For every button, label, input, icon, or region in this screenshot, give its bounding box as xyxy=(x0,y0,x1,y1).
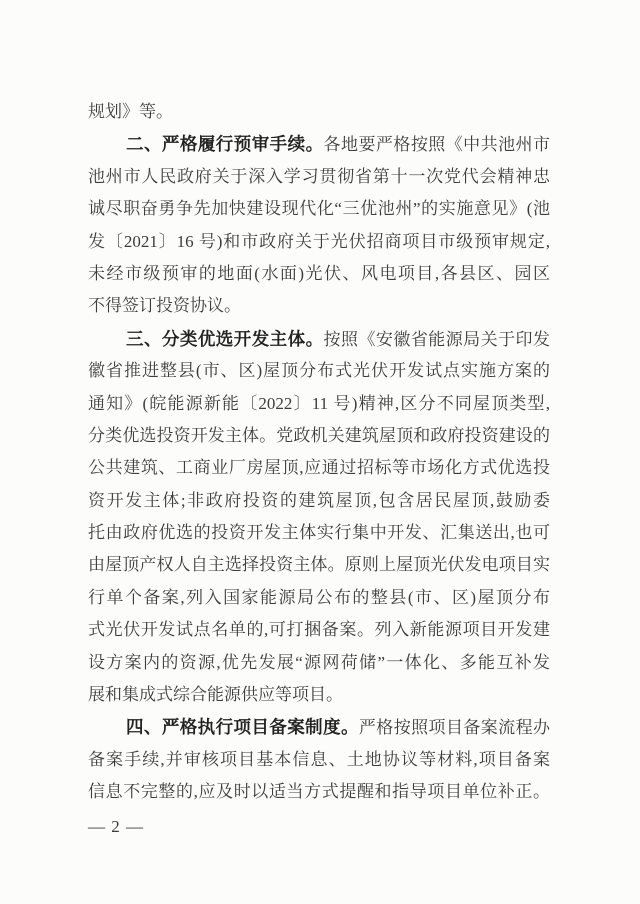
body-run: 资开发主体;非政府投资的建筑屋顶,包含居民屋顶,鼓励委 xyxy=(88,491,550,510)
body-run: 池州市人民政府关于深入学习贯彻省第十一次党代会精神忠 xyxy=(88,167,550,186)
body-run: 未经市级预审的地面(水面)光伏、风电项目,各县区、园区 xyxy=(88,264,550,283)
body-run: 备案手续,并审核项目基本信息、土地协议等材料,项目备案 xyxy=(88,750,550,769)
text-line: 发〔2021〕16 号)和市政府关于光伏招商项目市级预审规定, xyxy=(88,226,550,258)
text-line: 池州市人民政府关于深入学习贯彻省第十一次党代会精神忠 xyxy=(88,161,550,193)
text-line: 规划》等。 xyxy=(88,96,550,128)
body-run: 诚尽职奋勇争先加快建设现代化“三优池州”的实施意见》(池 xyxy=(88,199,550,218)
section-heading: 三、分类优选开发主体。 xyxy=(126,329,324,349)
body-run: 通知》(皖能源新能〔2022〕11 号)精神,区分不同屋顶类型, xyxy=(88,394,550,413)
section-heading: 四、严格执行项目备案制度。 xyxy=(126,717,359,737)
text-line: 由屋顶产权人自主选择投资主体。原则上屋顶光伏发电项目实 xyxy=(88,549,550,581)
body-run: 式光伏开发试点名单的,可打捆备案。列入新能源项目开发建 xyxy=(88,620,550,639)
text-line: 公共建筑、工商业厂房屋顶,应通过招标等市场化方式优选投 xyxy=(88,452,550,484)
body-run: 徽省推进整县(市、区)屋顶分布式光伏开发试点实施方案的 xyxy=(88,361,550,380)
text-line: 展和集成式综合能源供应等项目。 xyxy=(88,679,550,711)
text-line: 徽省推进整县(市、区)屋顶分布式光伏开发试点实施方案的 xyxy=(88,355,550,387)
text-line: 通知》(皖能源新能〔2022〕11 号)精神,区分不同屋顶类型, xyxy=(88,388,550,420)
text-line: 资开发主体;非政府投资的建筑屋顶,包含居民屋顶,鼓励委 xyxy=(88,485,550,517)
document-page: 规划》等。 二、严格履行预审手续。各地要严格按照《中共池州市委 池州市人民政府关… xyxy=(0,0,640,904)
text-line: 未经市级预审的地面(水面)光伏、风电项目,各县区、园区 xyxy=(88,258,550,290)
body-run: 公共建筑、工商业厂房屋顶,应通过招标等市场化方式优选投 xyxy=(88,458,550,477)
body-run: 分类优选投资开发主体。党政机关建筑屋顶和政府投资建设的 xyxy=(88,426,550,445)
text-line: 信息不完整的,应及时以适当方式提醒和指导项目单位补正。 xyxy=(88,776,550,808)
body-run: 托由政府优选的投资开发主体实行集中开发、汇集送出,也可 xyxy=(88,523,550,542)
body-run: 设方案内的资源,优先发展“源网荷储”一体化、多能互补发 xyxy=(88,653,550,672)
body-run: 规划》等。 xyxy=(88,102,173,121)
body-run: 展和集成式综合能源供应等项目。 xyxy=(88,685,343,704)
text-line: 设方案内的资源,优先发展“源网荷储”一体化、多能互补发 xyxy=(88,647,550,679)
text-line: 诚尽职奋勇争先加快建设现代化“三优池州”的实施意见》(池 xyxy=(88,193,550,225)
body-run: 行单个备案,列入国家能源局公布的整县(市、区)屋顶分布 xyxy=(88,588,550,607)
section-heading: 二、严格履行预审手续。 xyxy=(126,134,324,154)
body-run: 不得签订投资协议。 xyxy=(88,296,241,315)
body-run: 由屋顶产权人自主选择投资主体。原则上屋顶光伏发电项目实 xyxy=(88,555,550,574)
text-line: 不得签订投资协议。 xyxy=(88,290,550,322)
text-line: 二、严格履行预审手续。各地要严格按照《中共池州市委 xyxy=(88,128,550,160)
page-number: — 2 — xyxy=(88,816,144,838)
text-line: 行单个备案,列入国家能源局公布的整县(市、区)屋顶分布 xyxy=(88,582,550,614)
text-line: 托由政府优选的投资开发主体实行集中开发、汇集送出,也可 xyxy=(88,517,550,549)
body-run: 信息不完整的,应及时以适当方式提醒和指导项目单位补正。 xyxy=(88,782,550,801)
text-line: 备案手续,并审核项目基本信息、土地协议等材料,项目备案 xyxy=(88,744,550,776)
text-line: 式光伏开发试点名单的,可打捆备案。列入新能源项目开发建 xyxy=(88,614,550,646)
body-run: 发〔2021〕16 号)和市政府关于光伏招商项目市级预审规定, xyxy=(88,232,550,251)
text-line: 三、分类优选开发主体。按照《安徽省能源局关于印发安 xyxy=(88,323,550,355)
text-line: 分类优选投资开发主体。党政机关建筑屋顶和政府投资建设的 xyxy=(88,420,550,452)
document-body: 规划》等。 二、严格履行预审手续。各地要严格按照《中共池州市委 池州市人民政府关… xyxy=(88,96,550,809)
text-line: 四、严格执行项目备案制度。严格按照项目备案流程办理 xyxy=(88,711,550,743)
